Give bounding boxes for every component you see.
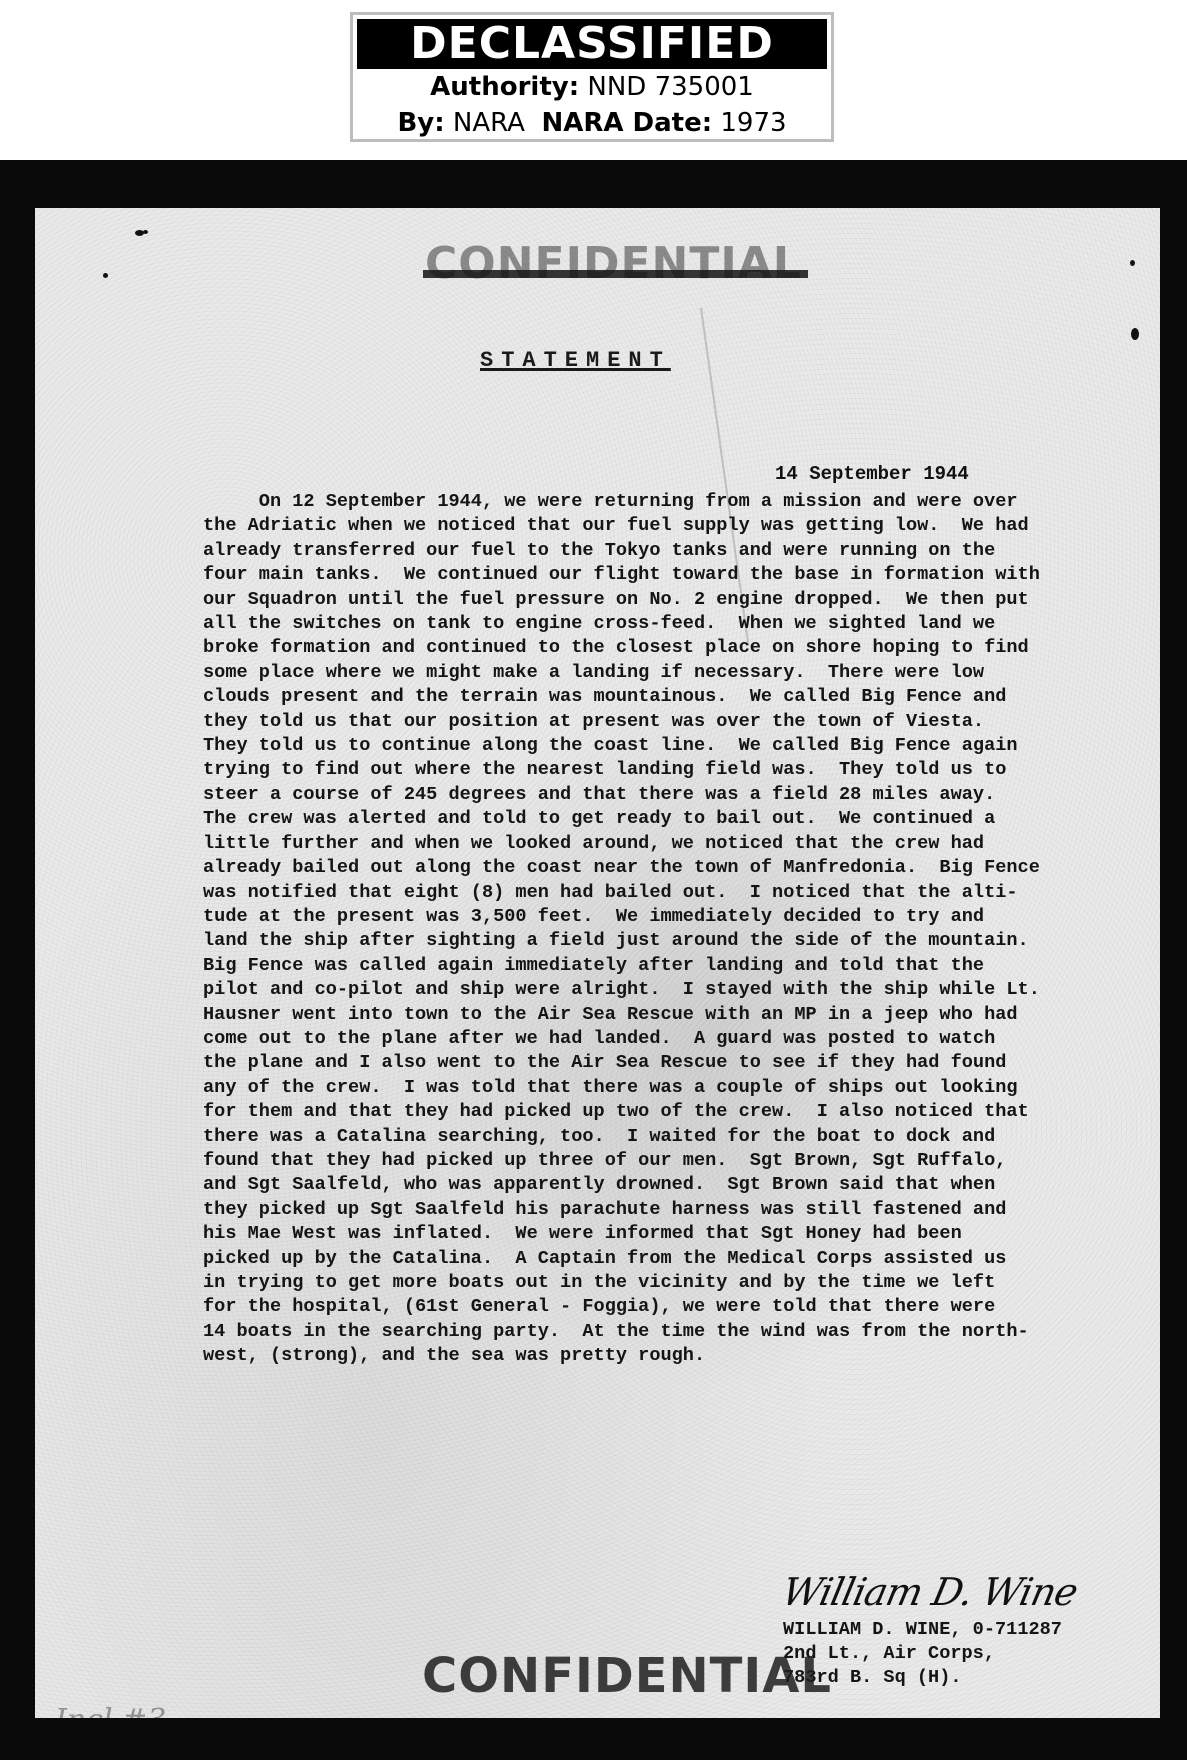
classification-top-text: CONFIDENTIAL bbox=[425, 238, 802, 289]
body-line: On 12 September 1944, we were returning … bbox=[203, 490, 1103, 514]
stamp-by-date: By: NARA NARA Date: 1973 bbox=[353, 105, 831, 141]
speck bbox=[1130, 260, 1135, 266]
authority-value: NND 735001 bbox=[587, 72, 753, 102]
body-line: four main tanks. We continued our flight… bbox=[203, 563, 1103, 587]
date-label: NARA Date: bbox=[541, 108, 712, 138]
body-line: some place where we might make a landing… bbox=[203, 661, 1103, 685]
body-line: for them and that they had picked up two… bbox=[203, 1100, 1103, 1124]
body-line: was notified that eight (8) men had bail… bbox=[203, 881, 1103, 905]
by-label: By: bbox=[397, 108, 444, 138]
body-line: all the switches on tank to engine cross… bbox=[203, 612, 1103, 636]
body-line: in trying to get more boats out in the v… bbox=[203, 1271, 1103, 1295]
body-line: and Sgt Saalfeld, who was apparently dro… bbox=[203, 1173, 1103, 1197]
body-line: there was a Catalina searching, too. I w… bbox=[203, 1125, 1103, 1149]
speck bbox=[103, 273, 108, 278]
date-value: 1973 bbox=[720, 108, 786, 138]
document-page: CONFIDENTIAL STATEMENT 14 September 1944… bbox=[35, 208, 1160, 1718]
body-line: land the ship after sighting a field jus… bbox=[203, 929, 1103, 953]
body-line: The crew was alerted and told to get rea… bbox=[203, 807, 1103, 831]
body-line: clouds present and the terrain was mount… bbox=[203, 685, 1103, 709]
body-line: they picked up Sgt Saalfeld his parachut… bbox=[203, 1198, 1103, 1222]
signature-line: WILLIAM D. WINE, 0-711287 bbox=[783, 1618, 1062, 1642]
statement-body: On 12 September 1944, we were returning … bbox=[203, 490, 1103, 1369]
body-line: 14 boats in the searching party. At the … bbox=[203, 1320, 1103, 1344]
body-line: broke formation and continued to the clo… bbox=[203, 636, 1103, 660]
enclosure-note: Incl #3 bbox=[55, 1703, 166, 1718]
handwritten-signature: William D. Wine bbox=[778, 1570, 1081, 1614]
body-line: tude at the present was 3,500 feet. We i… bbox=[203, 905, 1103, 929]
body-line: west, (strong), and the sea was pretty r… bbox=[203, 1344, 1103, 1368]
authority-label: Authority: bbox=[430, 72, 579, 102]
speck bbox=[143, 230, 148, 234]
strikethrough-line bbox=[423, 270, 808, 278]
document-title: STATEMENT bbox=[480, 348, 671, 373]
body-line: come out to the plane after we had lande… bbox=[203, 1027, 1103, 1051]
body-line: Big Fence was called again immediately a… bbox=[203, 954, 1103, 978]
body-line: trying to find out where the nearest lan… bbox=[203, 758, 1103, 782]
declassified-stamp: DECLASSIFIED Authority: NND 735001 By: N… bbox=[350, 12, 834, 142]
scanned-document: CONFIDENTIAL STATEMENT 14 September 1944… bbox=[0, 160, 1187, 1760]
body-line: They told us to continue along the coast… bbox=[203, 734, 1103, 758]
body-line: pilot and co-pilot and ship were alright… bbox=[203, 978, 1103, 1002]
body-line: already bailed out along the coast near … bbox=[203, 856, 1103, 880]
stamp-title: DECLASSIFIED bbox=[357, 19, 827, 69]
classification-bottom: CONFIDENTIAL bbox=[422, 1648, 832, 1704]
body-line: any of the crew. I was told that there w… bbox=[203, 1076, 1103, 1100]
body-line: already transferred our fuel to the Toky… bbox=[203, 539, 1103, 563]
stamp-authority: Authority: NND 735001 bbox=[353, 69, 831, 105]
body-line: they told us that our position at presen… bbox=[203, 710, 1103, 734]
speck bbox=[1131, 328, 1139, 340]
body-line: picked up by the Catalina. A Captain fro… bbox=[203, 1247, 1103, 1271]
body-line: the plane and I also went to the Air Sea… bbox=[203, 1051, 1103, 1075]
body-line: found that they had picked up three of o… bbox=[203, 1149, 1103, 1173]
body-line: the Adriatic when we noticed that our fu… bbox=[203, 514, 1103, 538]
body-line: steer a course of 245 degrees and that t… bbox=[203, 783, 1103, 807]
body-line: Hausner went into town to the Air Sea Re… bbox=[203, 1003, 1103, 1027]
body-line: for the hospital, (61st General - Foggia… bbox=[203, 1295, 1103, 1319]
body-line: our Squadron until the fuel pressure on … bbox=[203, 588, 1103, 612]
classification-top: CONFIDENTIAL bbox=[425, 238, 802, 289]
by-value: NARA bbox=[453, 108, 525, 138]
body-line: his Mae West was inflated. We were infor… bbox=[203, 1222, 1103, 1246]
document-date: 14 September 1944 bbox=[775, 463, 969, 485]
body-line: little further and when we looked around… bbox=[203, 832, 1103, 856]
